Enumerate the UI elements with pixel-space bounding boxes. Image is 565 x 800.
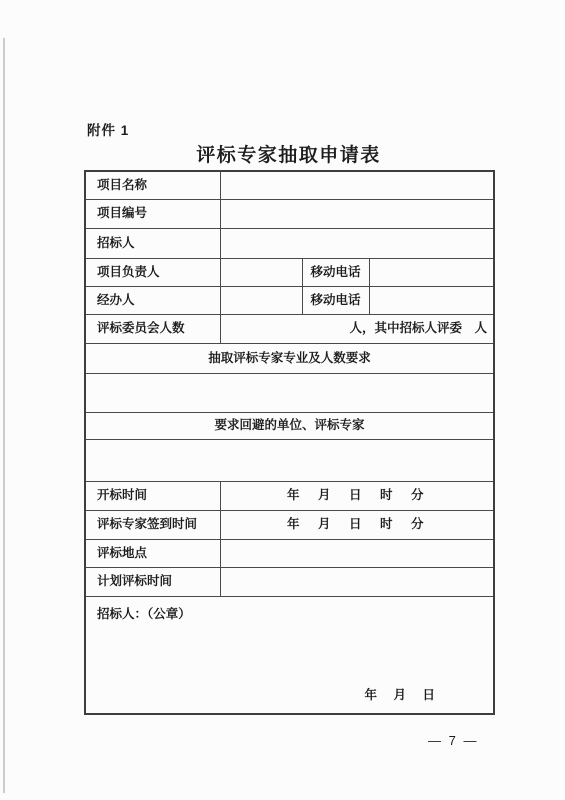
scanned-form-page: 附件 1 评标专家抽取申请表 项目名称 项目编号 招标人 项目负责人	[0, 0, 565, 800]
scan-artifact-line	[3, 38, 5, 793]
field-value-avoidance	[85, 439, 494, 481]
row-avoidance-header: 要求回避的单位、评标专家	[85, 412, 494, 439]
application-form-table: 项目名称 项目编号 招标人 项目负责人 移动电话 经办人 移动电话	[84, 170, 495, 715]
row-committee-size: 评标委员会人数 人，其中招标人评委 人	[85, 314, 494, 343]
section-header-expert-requirement: 抽取评标专家专业及人数要求	[85, 343, 494, 373]
row-expert-requirement-header: 抽取评标专家专业及人数要求	[85, 343, 494, 373]
field-label-committee-size: 评标委员会人数	[85, 314, 220, 343]
field-value-project-number	[220, 199, 494, 228]
field-value-expert-requirement	[85, 373, 494, 412]
row-avoidance-blank	[85, 439, 494, 481]
field-value-planned-evaluation-time	[220, 567, 494, 596]
field-label-tenderer-seal: 招标人：（公章）	[97, 608, 191, 621]
field-value-evaluation-location	[220, 539, 494, 567]
row-project-leader: 项目负责人 移动电话	[85, 258, 494, 286]
row-planned-evaluation-time: 计划评标时间	[85, 567, 494, 596]
field-value-mobile-phone-1	[369, 258, 494, 286]
field-value-seal-date: 年 月 日	[364, 689, 437, 702]
field-label-project-name: 项目名称	[85, 171, 220, 199]
field-value-project-name	[220, 171, 494, 199]
field-label-evaluation-location: 评标地点	[85, 539, 220, 567]
field-value-committee-size: 人，其中招标人评委 人	[220, 314, 494, 343]
field-value-bid-opening-time: 年 月 日 时 分	[220, 481, 494, 510]
form-title: 评标专家抽取申请表	[84, 140, 493, 167]
row-evaluation-location: 评标地点	[85, 539, 494, 567]
field-value-project-leader	[220, 258, 302, 286]
field-value-handler	[220, 286, 302, 314]
attachment-label: 附件 1	[87, 119, 129, 139]
field-label-mobile-phone-1: 移动电话	[302, 258, 369, 286]
field-label-project-leader: 项目负责人	[85, 258, 220, 286]
row-project-number: 项目编号	[85, 199, 494, 228]
field-label-handler: 经办人	[85, 286, 220, 314]
field-label-tenderer: 招标人	[85, 228, 220, 258]
row-project-name: 项目名称	[85, 171, 494, 199]
field-label-planned-evaluation-time: 计划评标时间	[85, 567, 220, 596]
row-handler: 经办人 移动电话	[85, 286, 494, 314]
field-label-expert-signin-time: 评标专家签到时间	[85, 510, 220, 539]
tenderer-seal-cell: 招标人：（公章） 年 月 日	[85, 596, 494, 714]
field-label-bid-opening-time: 开标时间	[85, 481, 220, 510]
page-number: — 7 —	[428, 733, 478, 748]
row-tenderer-seal: 招标人：（公章） 年 月 日	[85, 596, 494, 714]
field-label-project-number: 项目编号	[85, 199, 220, 228]
row-expert-signin-time: 评标专家签到时间 年 月 日 时 分	[85, 510, 494, 539]
field-value-expert-signin-time: 年 月 日 时 分	[220, 510, 494, 539]
section-header-avoidance: 要求回避的单位、评标专家	[85, 412, 494, 439]
row-tenderer: 招标人	[85, 228, 494, 258]
field-value-tenderer	[220, 228, 494, 258]
row-expert-requirement-blank	[85, 373, 494, 412]
field-label-mobile-phone-2: 移动电话	[302, 286, 369, 314]
row-bid-opening-time: 开标时间 年 月 日 时 分	[85, 481, 494, 510]
field-value-mobile-phone-2	[369, 286, 494, 314]
